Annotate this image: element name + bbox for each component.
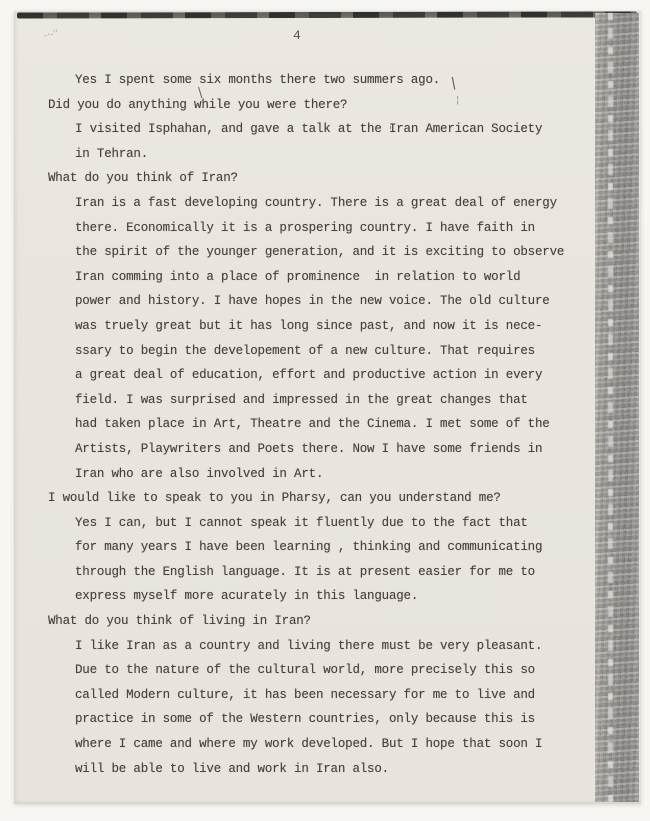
transcript-answer-line: had taken place in Art, Theatre and the …	[75, 412, 593, 437]
transcript-answer-line: I like Iran as a country and living ther…	[75, 634, 593, 659]
transcript-answer-line: where I came and where my work developed…	[75, 732, 593, 757]
transcript-answer-line: a great deal of education, effort and pr…	[75, 363, 593, 388]
scanned-document: 4 Yes I spent some six months there two …	[0, 0, 650, 821]
transcript-answer-line: I visited Isphahan, and gave a talk at t…	[75, 117, 593, 142]
transcript-question-line: I would like to speak to you in Pharsy, …	[48, 486, 593, 511]
transcript-answer-line: called Modern culture, it has been neces…	[75, 683, 593, 708]
transcript-answer-line: there. Economically it is a prospering c…	[75, 216, 593, 241]
scan-edge-right	[595, 13, 639, 802]
transcript-answer-line: for many years I have been learning , th…	[75, 535, 593, 560]
transcript-answer-line: practice in some of the Western countrie…	[75, 707, 593, 732]
scan-noise-texture	[595, 13, 639, 802]
transcript-question-line: What do you think of Iran?	[48, 166, 593, 191]
transcript-answer-line: will be able to live and work in Iran al…	[75, 757, 593, 782]
transcript-answer-line: Yes I spent some six months there two su…	[75, 68, 593, 93]
transcript-answer-line: power and history. I have hopes in the n…	[75, 289, 593, 314]
transcript-answer-line: Iran who are also involved in Art.	[75, 462, 593, 487]
transcript-question-line: Did you do anything while you were there…	[48, 93, 593, 118]
transcript: Yes I spent some six months there two su…	[48, 68, 593, 781]
transcript-answer-line: Due to the nature of the cultural world,…	[75, 658, 593, 683]
scan-edge-top	[17, 11, 637, 18]
transcript-answer-line: Iran is a fast developing country. There…	[75, 191, 593, 216]
transcript-answer-line: through the English language. It is at p…	[75, 560, 593, 585]
transcript-answer-line: in Tehran.	[75, 142, 593, 167]
transcript-answer-line: express myself more acurately in this la…	[75, 584, 593, 609]
transcript-answer-line: was truely great but it has long since p…	[75, 314, 593, 339]
transcript-answer-line: Yes I can, but I cannot speak it fluentl…	[75, 511, 593, 536]
page-number: 4	[293, 28, 302, 43]
transcript-answer-line: the spirit of the younger generation, an…	[75, 240, 593, 265]
transcript-answer-line: ssary to begin the developement of a new…	[75, 339, 593, 364]
transcript-answer-line: Artists, Playwriters and Poets there. No…	[75, 437, 593, 462]
transcript-answer-line: Iran comming into a place of prominence …	[75, 265, 593, 290]
transcript-question-line: What do you think of living in Iran?	[48, 609, 593, 634]
transcript-answer-line: field. I was surprised and impressed in …	[75, 388, 593, 413]
scan-band-streak	[608, 13, 613, 802]
paper-sheet: 4 Yes I spent some six months there two …	[14, 11, 641, 804]
